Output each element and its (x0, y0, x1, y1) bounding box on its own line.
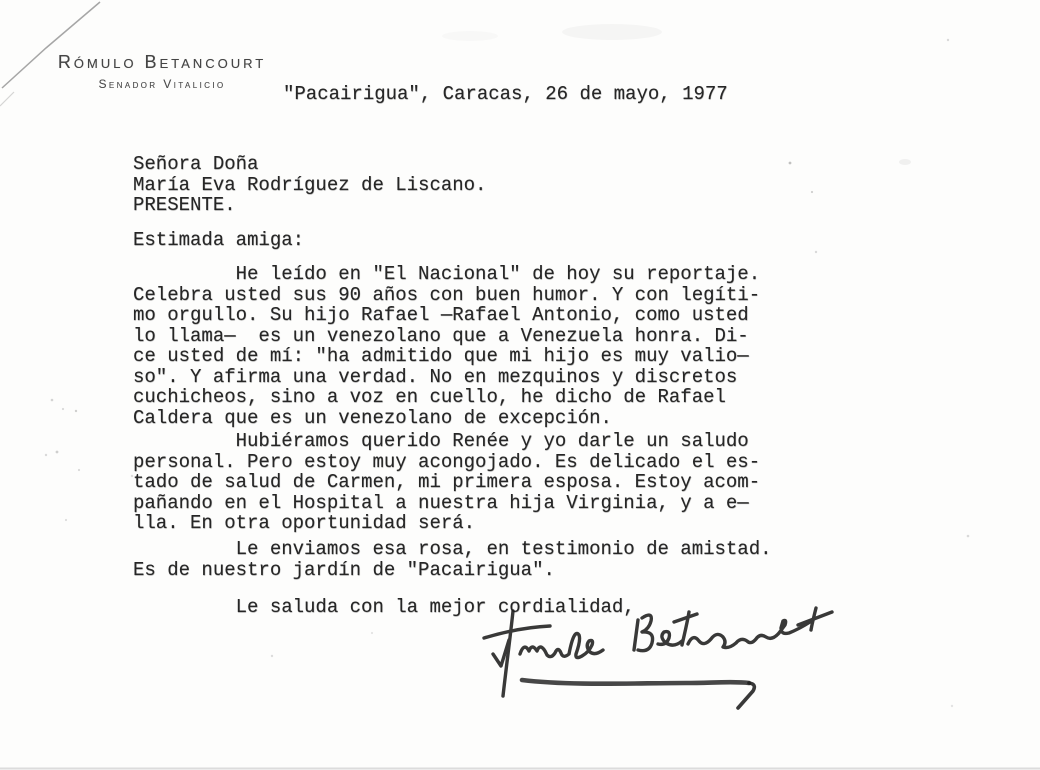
salutation: Estimada amiga: (133, 230, 304, 251)
body-paragraph-1: He leído en "El Nacional" de hoy su repo… (133, 264, 760, 428)
letterhead-title: Senador Vitalicio (48, 77, 276, 91)
dateline: "Pacairigua", Caracas, 26 de mayo, 1977 (283, 84, 728, 105)
letterhead-name: Rómulo Betancourt (48, 52, 276, 73)
crease-line (2, 2, 100, 88)
body-paragraph-3: Le enviamos esa rosa, en testimonio de a… (133, 539, 772, 580)
signature-handwriting (476, 598, 866, 714)
recipient-block: Señora Doña María Eva Rodríguez de Lisca… (133, 154, 486, 216)
body-paragraph-2: Hubiéramos querido Renée y yo darle un s… (133, 431, 760, 534)
letter-page: Rómulo Betancourt Senador Vitalicio "Pac… (0, 0, 1040, 770)
